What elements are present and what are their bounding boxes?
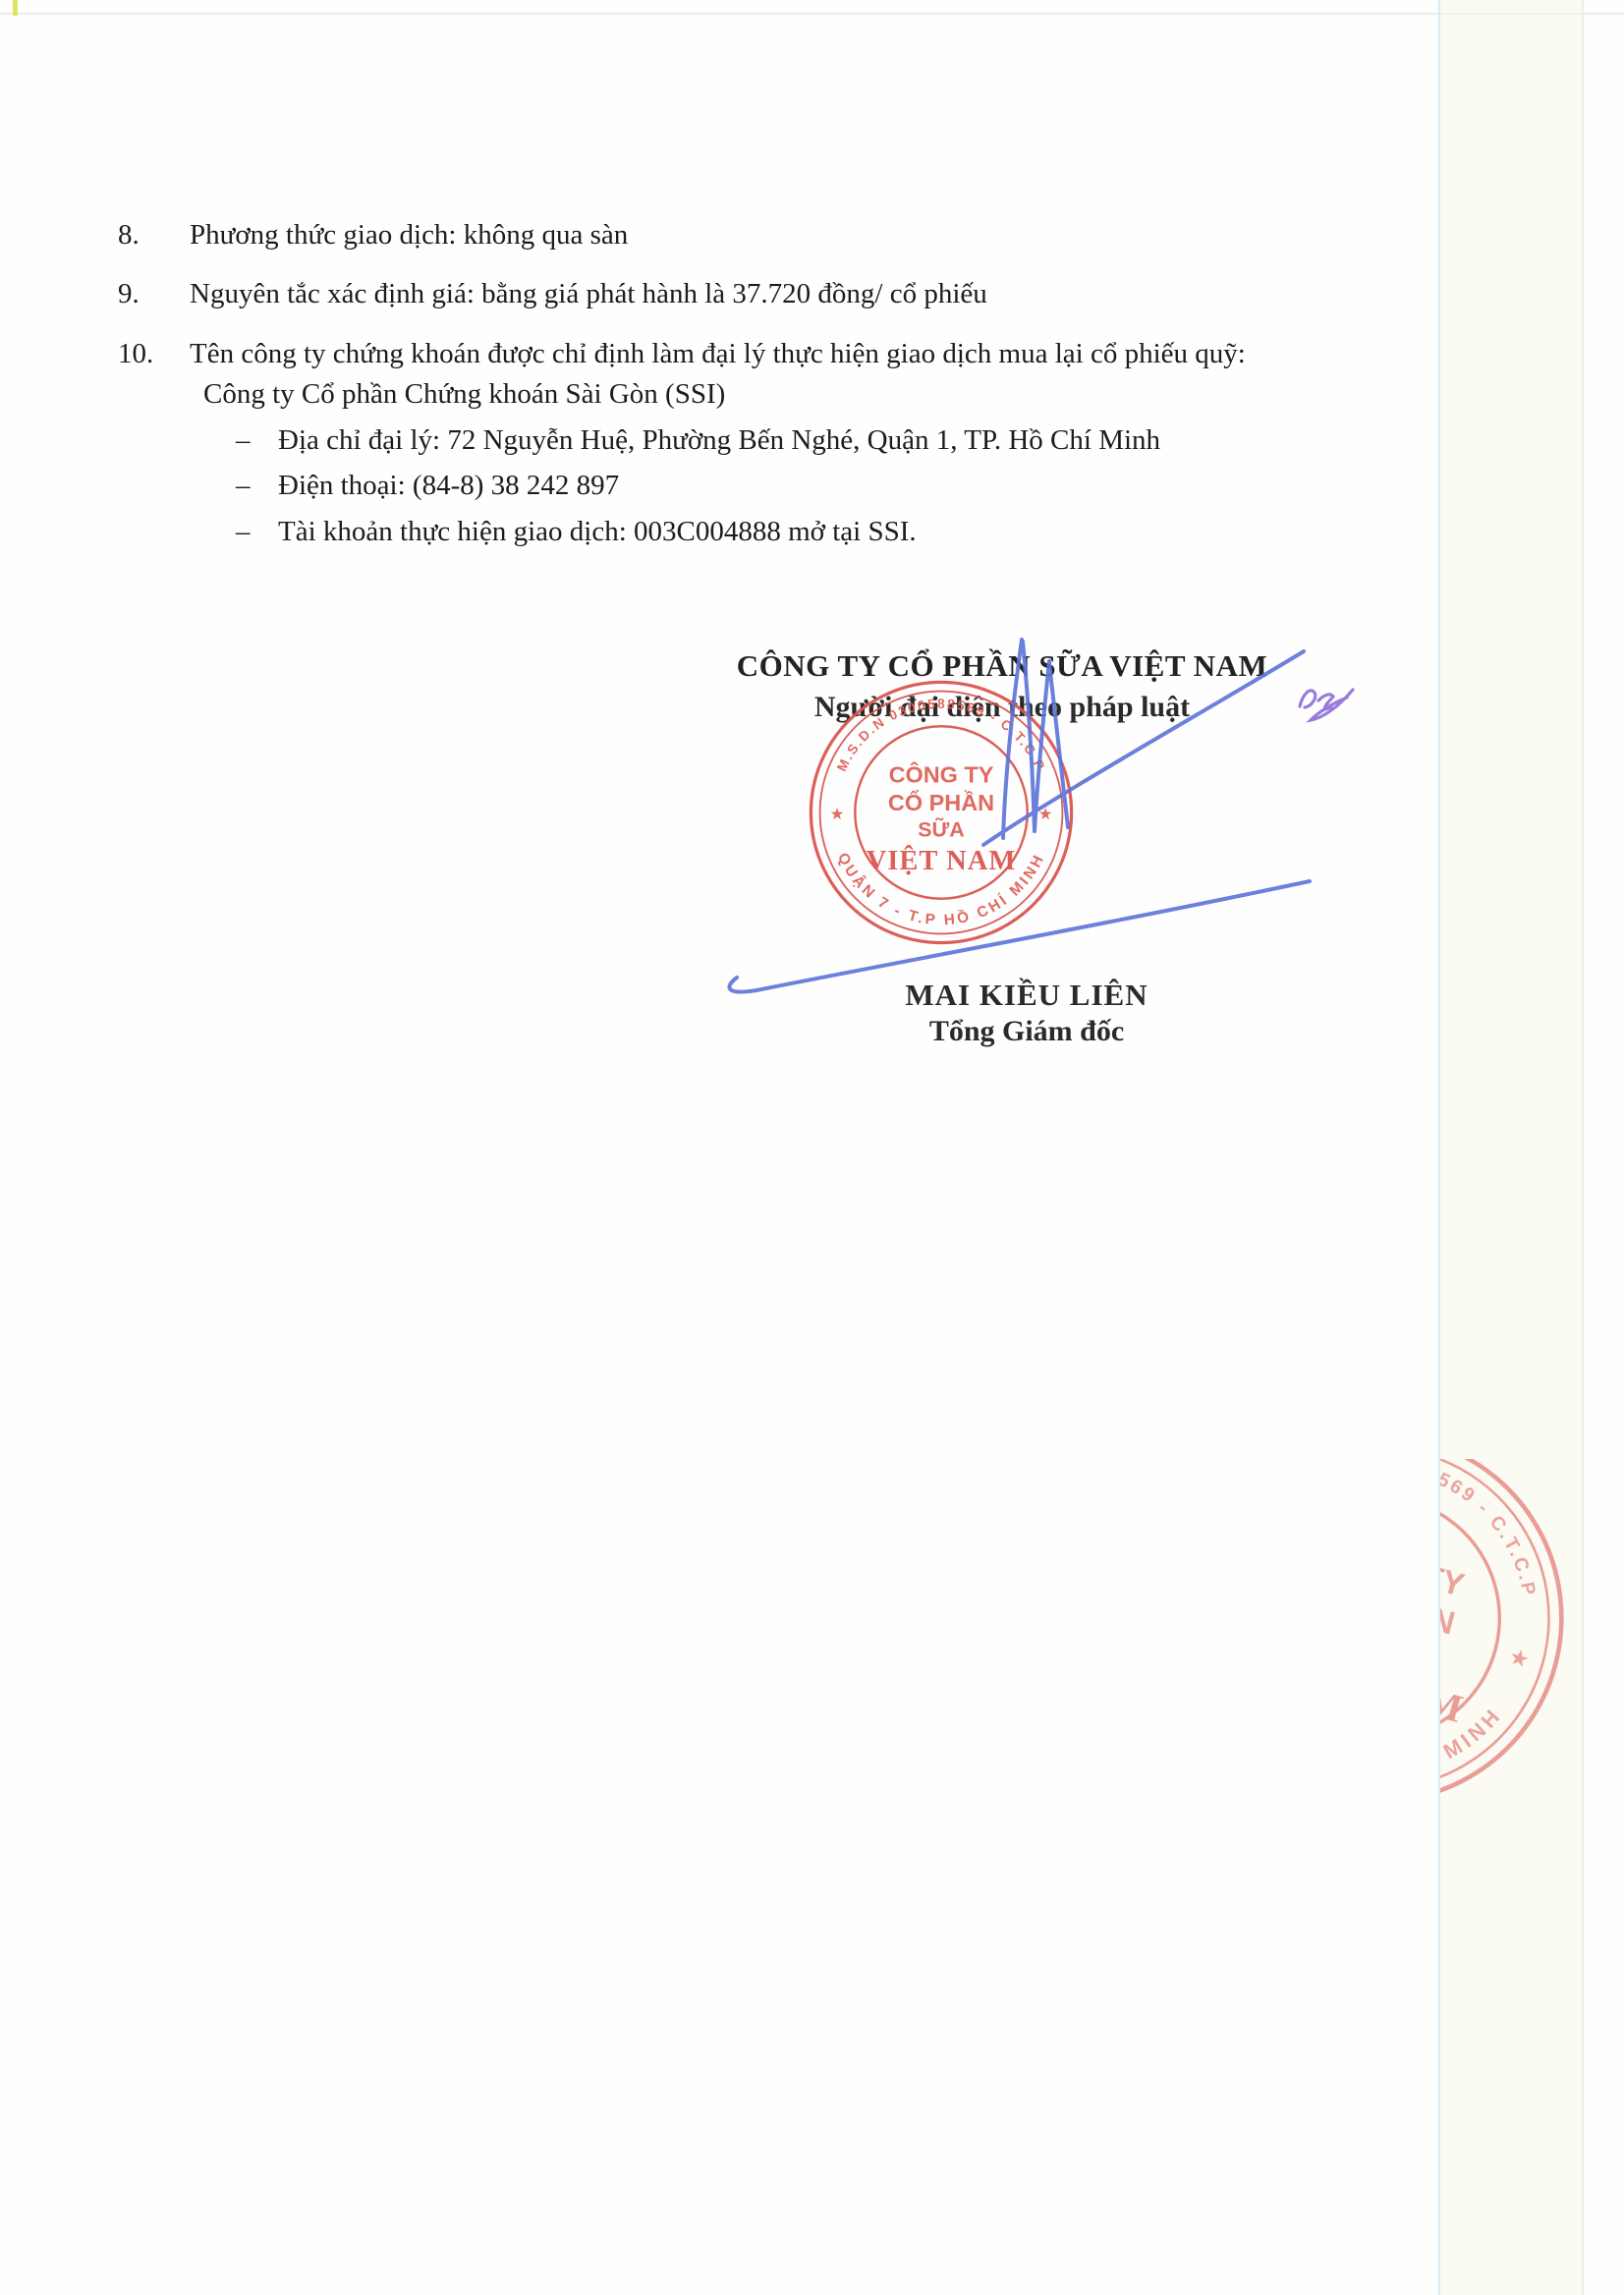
detail-text: Tài khoản thực hiện giao dịch: 003C00488…: [278, 516, 917, 548]
dash-bullet: –: [236, 516, 251, 548]
stamp-star-right-icon: ★: [1506, 1643, 1533, 1672]
stamp-line-viet-nam: VIỆT NAM: [1440, 1634, 1469, 1731]
list-item-number: 8.: [118, 218, 177, 252]
list-item-text: Tên công ty chứng khoán được chỉ định là…: [190, 337, 1246, 370]
stamp-line-co-phan: CỔ PHẦN: [888, 789, 994, 815]
stamp-star-left-icon: ★: [830, 806, 845, 823]
list-item-number: 9.: [118, 277, 177, 310]
signer-title: Tổng Giám đốc: [747, 1015, 1307, 1048]
scan-artifact-vertical-line-1: [1438, 0, 1440, 2295]
stamp-line-cong-ty: CÔNG TY: [1440, 1529, 1469, 1603]
scan-artifact-edge-strip: [1440, 0, 1584, 2295]
stamp-star-right-icon: ★: [1038, 806, 1053, 823]
partial-seal-bottom-right: M.S.D.N 0300588569 - C.T.C.P QUẬN 7 - T.…: [1440, 1459, 1624, 1805]
dash-bullet: –: [236, 424, 251, 457]
stamp-line-cong-ty: CÔNG TY: [889, 760, 994, 787]
document-page: 8. Phương thức giao dịch: không qua sàn …: [0, 0, 1624, 2295]
list-item-text: Phương thức giao dịch: không qua sàn: [190, 218, 628, 252]
company-seal-stamp-partial: M.S.D.N 0300588569 - C.T.C.P QUẬN 7 - T.…: [1440, 1459, 1624, 1805]
detail-text: Địa chỉ đại lý: 72 Nguyễn Huệ, Phường Bế…: [278, 424, 1160, 457]
signer-name: MAI KIỀU LIÊN: [747, 978, 1307, 1013]
detail-text: Điện thoại: (84-8) 38 242 897: [278, 470, 619, 502]
dash-bullet: –: [236, 470, 251, 502]
company-seal-stamp: M.S.D.N 0300588569 - C.T.C.P QUẬN 7 - T.…: [791, 662, 1092, 963]
list-item-text: Nguyên tắc xác định giá: bằng giá phát h…: [190, 277, 987, 310]
scan-artifact-vertical-line-2: [1582, 0, 1584, 2295]
broker-name-line: Công ty Cổ phần Chứng khoán Sài Gòn (SSI…: [203, 378, 725, 411]
list-item-number: 10.: [118, 337, 177, 370]
scan-artifact-corner-tick: [13, 0, 18, 16]
stamp-line-viet-nam: VIỆT NAM: [867, 844, 1017, 876]
stamp-line-sua: SỮA: [918, 816, 965, 841]
scan-artifact-topline: [0, 13, 1624, 15]
